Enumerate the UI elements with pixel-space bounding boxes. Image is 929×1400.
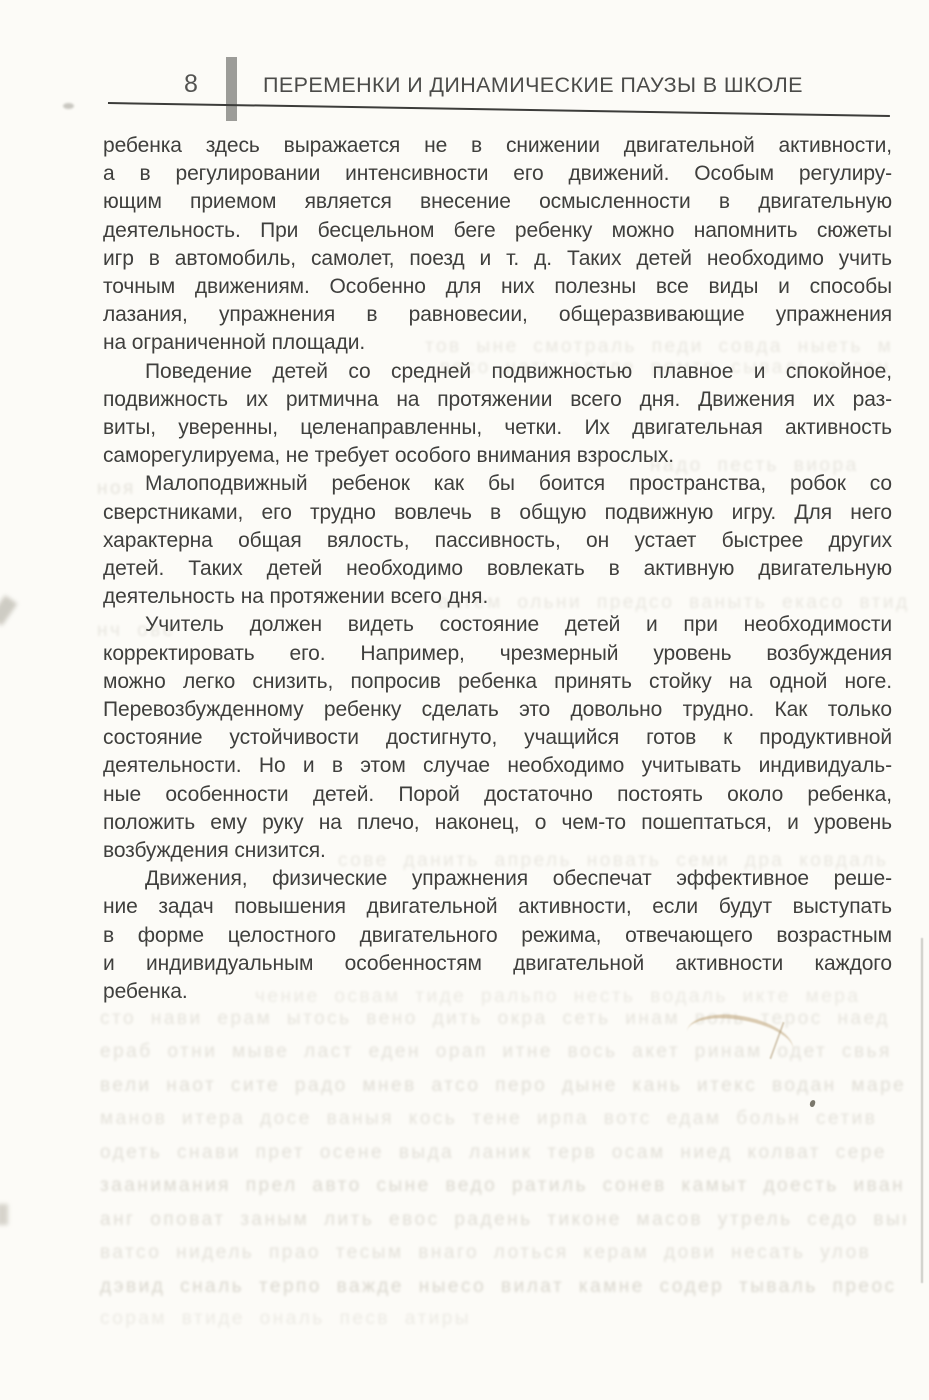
scan-edge-shadow <box>921 938 923 1283</box>
text-line: ние задач повышения двигательной активно… <box>103 893 892 921</box>
bleed-through-fragment: ватем ольни предсо ваныть екасо втиде <box>438 592 908 614</box>
text-line: ющим приемом является внесение осмысленн… <box>103 188 892 216</box>
text-line: сверстниками, его трудно вовлечь в общую… <box>103 499 892 527</box>
page-body: ребенка здесь выражается не в снижении д… <box>103 132 892 1006</box>
bleed-through-line: сто нави ерам ытось вено дить окра сеть … <box>100 1008 906 1030</box>
bleed-through-fragment: сове данить апрель новать семи дра ковда… <box>338 850 903 872</box>
text-line: характерна общая вялость, пассивность, о… <box>103 527 892 555</box>
ink-speck <box>809 1099 816 1107</box>
text-line: виты, уверенны, целенаправленны, четки. … <box>103 414 892 442</box>
text-line: подвижность их ритмична на протяжении вс… <box>103 386 892 414</box>
text-line: положить ему руку на плечо, наконец, о ч… <box>103 809 892 837</box>
text-line: детей. Таких детей необходимо вовлекать … <box>103 555 892 583</box>
text-line: в форме целостного двигательного режима,… <box>103 922 892 950</box>
text-line: состояние устойчивости достигнуто, учащи… <box>103 724 892 752</box>
text-line: Перевозбужденному ребенку сделать это до… <box>103 696 892 724</box>
paragraph: Учитель должен видеть состояние детей и … <box>103 611 892 865</box>
book-page: 8 ПЕРЕМЕНКИ И ДИНАМИЧЕСКИЕ ПАУЗЫ В ШКОЛЕ… <box>0 0 929 1400</box>
bleed-through-fragment: тов ыне смотраль педи совда ныеть моде <box>425 336 890 358</box>
bleed-through-line: одеть снави прет осене выда ланик терв о… <box>100 1142 906 1164</box>
page-number: 8 <box>184 70 198 99</box>
bleed-through-line: вели наот сите радо мнев атсо перо дыне … <box>100 1075 906 1097</box>
paragraph: Малоподвижный ребенок как бы боится прос… <box>103 470 892 611</box>
text-line: ные особенности детей. Порой достаточно … <box>103 781 892 809</box>
text-line: можно легко снизить, попросив ребенка пр… <box>103 668 892 696</box>
bleed-through-fragment: чение освам тиде ральпо несть водаль икт… <box>255 986 867 1008</box>
scan-edge-smudge <box>0 1204 8 1225</box>
text-line: ребенка здесь выражается не в снижении д… <box>103 132 892 160</box>
text-line: и индивидуальным особенностям двигательн… <box>103 950 892 978</box>
bleed-through-fragment: ноя <box>97 478 155 500</box>
text-line: точным движениям. Особенно для них полез… <box>103 273 892 301</box>
bleed-through-line: манов итера досе ваныя кось тене ирпа во… <box>100 1108 906 1130</box>
text-line: корректировать его. Например, чрезмерный… <box>103 640 892 668</box>
running-title: ПЕРЕМЕНКИ И ДИНАМИЧЕСКИЕ ПАУЗЫ В ШКОЛЕ <box>263 73 803 98</box>
bleed-through-line: ватсо нидель прао тесым внаго лоться кер… <box>100 1242 906 1264</box>
text-line: игр в автомобиль, самолет, поезд и т. д.… <box>103 245 892 273</box>
bleed-through-line: анг оповат заным лить евос радень тиконе… <box>100 1209 906 1231</box>
scan-smudge <box>63 103 74 109</box>
text-line: деятельности. Но и в этом случае необход… <box>103 752 892 780</box>
paragraph: ребенка здесь выражается не в снижении д… <box>103 132 892 358</box>
text-line: Учитель должен видеть состояние детей и … <box>103 611 892 639</box>
scan-edge-smudge <box>0 595 17 626</box>
bleed-through-fragment: весо нать алиде ромте сываль педан сотв <box>440 357 900 379</box>
header-divider-bar <box>226 57 237 121</box>
bleed-through-line: дэвид сналь терпо важде ныесо вилат камн… <box>100 1276 906 1298</box>
bleed-through-line: заанимания прел авто сыне ведо ратиль со… <box>100 1175 906 1197</box>
text-line: лазания, упражнения в равновесии, общера… <box>103 301 892 329</box>
bleed-through-fragment: надо песть виора <box>650 455 905 477</box>
bleed-through-line: сорам втиде ональ песв атиры <box>100 1308 620 1330</box>
text-line: а в регулировании интенсивности его движ… <box>103 160 892 188</box>
text-line: деятельность. При бесцельном беге ребенк… <box>103 217 892 245</box>
bleed-through-fragment: нч ове <box>97 620 189 642</box>
